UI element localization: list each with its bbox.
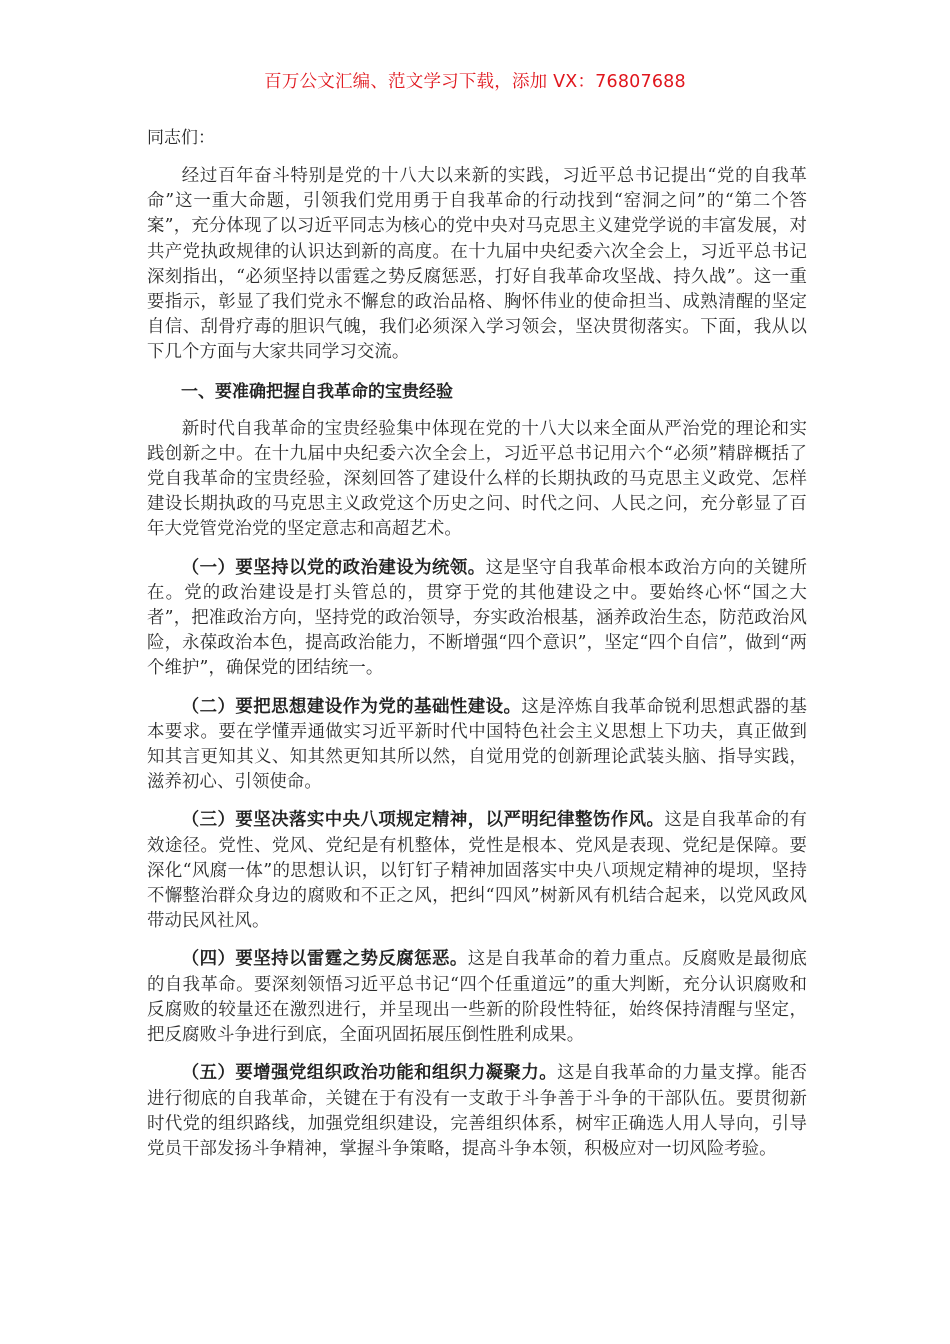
section-intro-paragraph: 新时代自我革命的宝贵经验集中体现在党的十八大以来全面从严治党的理论和实践创新之中… [147, 417, 807, 543]
point-3-paragraph: （三）要坚决落实中央八项规定精神，以严明纪律整饬作风。这是自我革命的有效途径。党… [147, 808, 807, 934]
point-5-heading: （五）要增强党组织政治功能和组织力凝聚力。 [182, 1063, 557, 1083]
document-body: 同志们： 经过百年奋斗特别是党的十八大以来新的实践，习近平总书记提出“党的自我革… [147, 125, 807, 1175]
point-2-paragraph: （二）要把思想建设作为党的基础性建设。这是淬炼自我革命锐利思想武器的基本要求。要… [147, 695, 807, 796]
intro-paragraph: 经过百年奋斗特别是党的十八大以来新的实践，习近平总书记提出“党的自我革命”这一重… [147, 164, 807, 366]
salutation: 同志们： [147, 125, 807, 151]
section-heading: 一、要准确把握自我革命的宝贵经验 [147, 379, 807, 405]
point-4-heading: （四）要坚持以雷霆之势反腐惩恶。 [182, 949, 468, 969]
point-1-paragraph: （一）要坚持以党的政治建设为统领。这是坚守自我革命根本政治方向的关键所在。党的政… [147, 556, 807, 682]
promo-banner: 百万公文汇编、范文学习下载，添加 VX：76807688 [0, 68, 950, 93]
point-2-heading: （二）要把思想建设作为党的基础性建设。 [182, 697, 522, 717]
point-5-paragraph: （五）要增强党组织政治功能和组织力凝聚力。这是自我革命的力量支撑。能否进行彻底的… [147, 1061, 807, 1162]
point-3-heading: （三）要坚决落实中央八项规定精神，以严明纪律整饬作风。 [182, 810, 665, 830]
point-1-heading: （一）要坚持以党的政治建设为统领。 [182, 558, 486, 578]
document-page: 百万公文汇编、范文学习下载，添加 VX：76807688 同志们： 经过百年奋斗… [0, 0, 950, 1344]
point-4-paragraph: （四）要坚持以雷霆之势反腐惩恶。这是自我革命的着力重点。反腐败是最彻底的自我革命… [147, 947, 807, 1048]
